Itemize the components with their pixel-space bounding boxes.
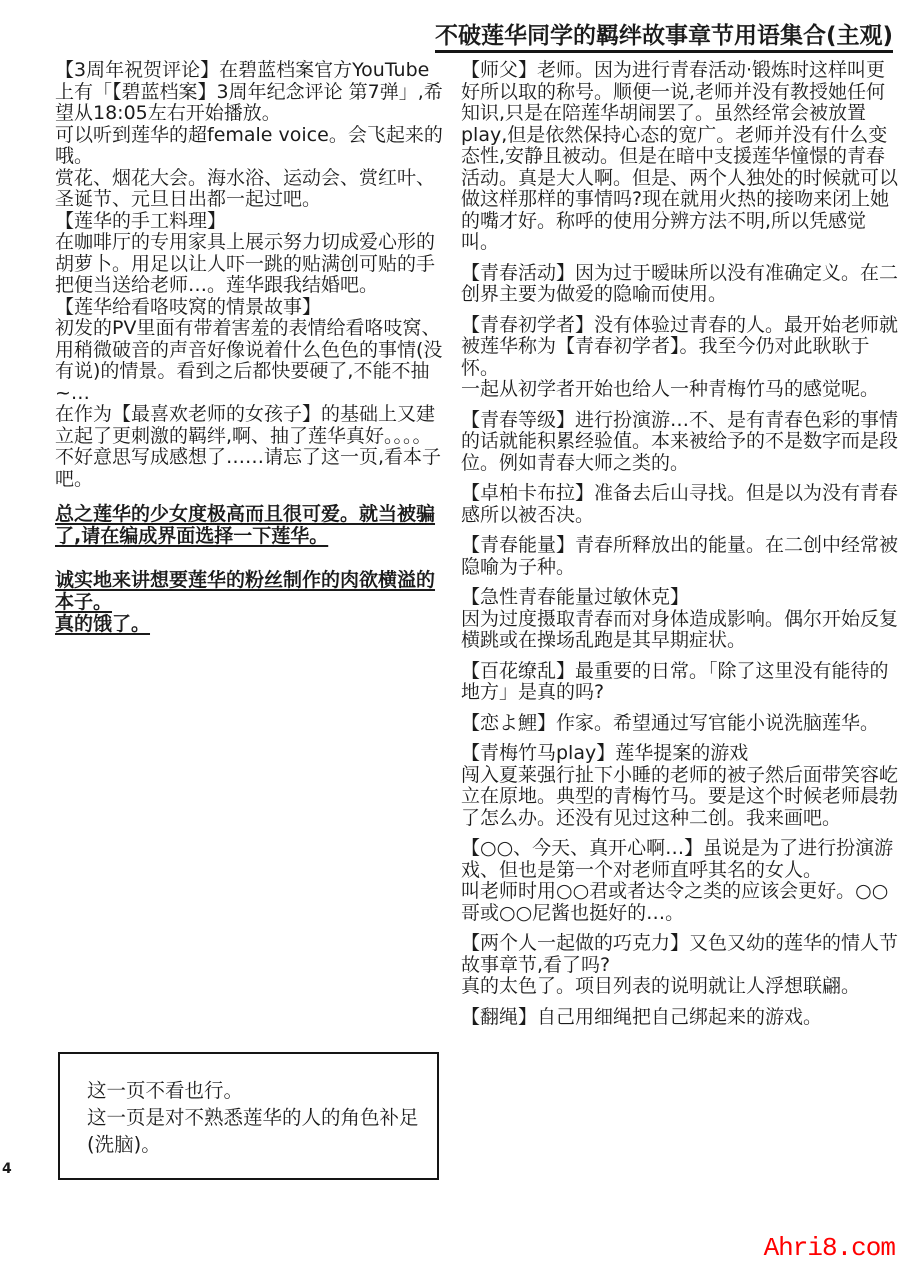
entry-anniversary-comment: 【3周年祝贺评论】在碧蓝档案官方YouTube上有「【碧蓝档案】3周年纪念评论 …: [55, 60, 448, 211]
page-title: 不破莲华同学的羁绊故事章节用语集合(主观): [435, 23, 893, 53]
entry-youth-activity: 【青春活动】因为过于暧昧所以没有准确定义。在二创界主要为做爱的隐喻而使用。: [461, 263, 898, 306]
footer-note-box: 这一页不看也行。 这一页是对不熟悉莲华的人的角色补足 (洗脑)。: [58, 1052, 439, 1180]
emphasis-doujin-wish: 诚实地来讲想要莲华的粉丝制作的肉欲横溢的本子。 真的饿了。: [55, 569, 448, 635]
entry-string-game: 【翻绳】自己用细绳把自己绑起来的游戏。: [461, 1007, 898, 1029]
watermark: Ahri8.com: [764, 1233, 895, 1263]
entry-valentine-chocolate: 【两个人一起做的巧克力】又色又幼的莲华的情人节故事章节,看了吗? 真的太色了。项…: [461, 933, 898, 998]
emphasis-recommendation: 总之莲华的少女度极高而且很可爱。就当被骗了,请在编成界面选择一下莲华。: [55, 503, 448, 547]
entry-youth-energy: 【青春能量】青春所释放出的能量。在二创中经常被隐喻为子种。: [461, 535, 898, 578]
entry-handmade-cooking: 【莲华的手工料理】 在咖啡厅的专用家具上展示努力切成爱心形的胡萝卜。用足以让人吓…: [55, 211, 448, 297]
entry-shifu: 【师父】老师。因为进行青春活动·锻炼时这样叫更好所以取的称号。顺便一说,老师并没…: [461, 60, 898, 254]
entry-koi-yo-koi: 【恋よ鯉】作家。希望通过写官能小说洗脑莲华。: [461, 713, 898, 735]
entry-armpit-story: 【莲华给看咯吱窝的情景故事】 初发的PV里面有带着害羞的表情给看咯吱窝、用稍微破…: [55, 297, 448, 491]
footer-note-text: 这一页不看也行。 这一页是对不熟悉莲华的人的角色补足 (洗脑)。: [60, 1054, 437, 1158]
left-column: 【3周年祝贺评论】在碧蓝档案官方YouTube上有「【碧蓝档案】3周年纪念评论 …: [55, 60, 448, 635]
entry-osananajimi-play: 【青梅竹马play】莲华提案的游戏 闯入夏莱强行扯下小睡的老师的被子然后面带笑容…: [461, 743, 898, 829]
entry-chupacabra: 【卓柏卡布拉】准备去后山寻找。但是以为没有青春感所以被否决。: [461, 483, 898, 526]
entry-youth-rank: 【青春等级】进行扮演游…不、是有青春色彩的事情的话就能积累经验值。本来被给予的不…: [461, 410, 898, 475]
entry-hyakka-ryouran: 【百花缭乱】最重要的日常。「除了这里没有能待的地方」是真的吗?: [461, 661, 898, 704]
document-page: 不破莲华同学的羁绊故事章节用语集合(主观) 【3周年祝贺评论】在碧蓝档案官方Yo…: [0, 0, 900, 1271]
entry-youth-beginner: 【青春初学者】没有体验过青春的人。最开始老师就被莲华称为【青春初学者】。我至今仍…: [461, 315, 898, 401]
page-number: 4: [2, 1161, 12, 1177]
entry-name-calling: 【○○、今天、真开心啊…】虽说是为了进行扮演游戏、但也是第一个对老师直呼其名的女…: [461, 838, 898, 924]
right-column: 【师父】老师。因为进行青春活动·锻炼时这样叫更好所以取的称号。顺便一说,老师并没…: [461, 60, 898, 1037]
entry-acute-youth-shock: 【急性青春能量过敏休克】 因为过度摄取青春而对身体造成影响。偶尔开始反复横跳或在…: [461, 587, 898, 652]
